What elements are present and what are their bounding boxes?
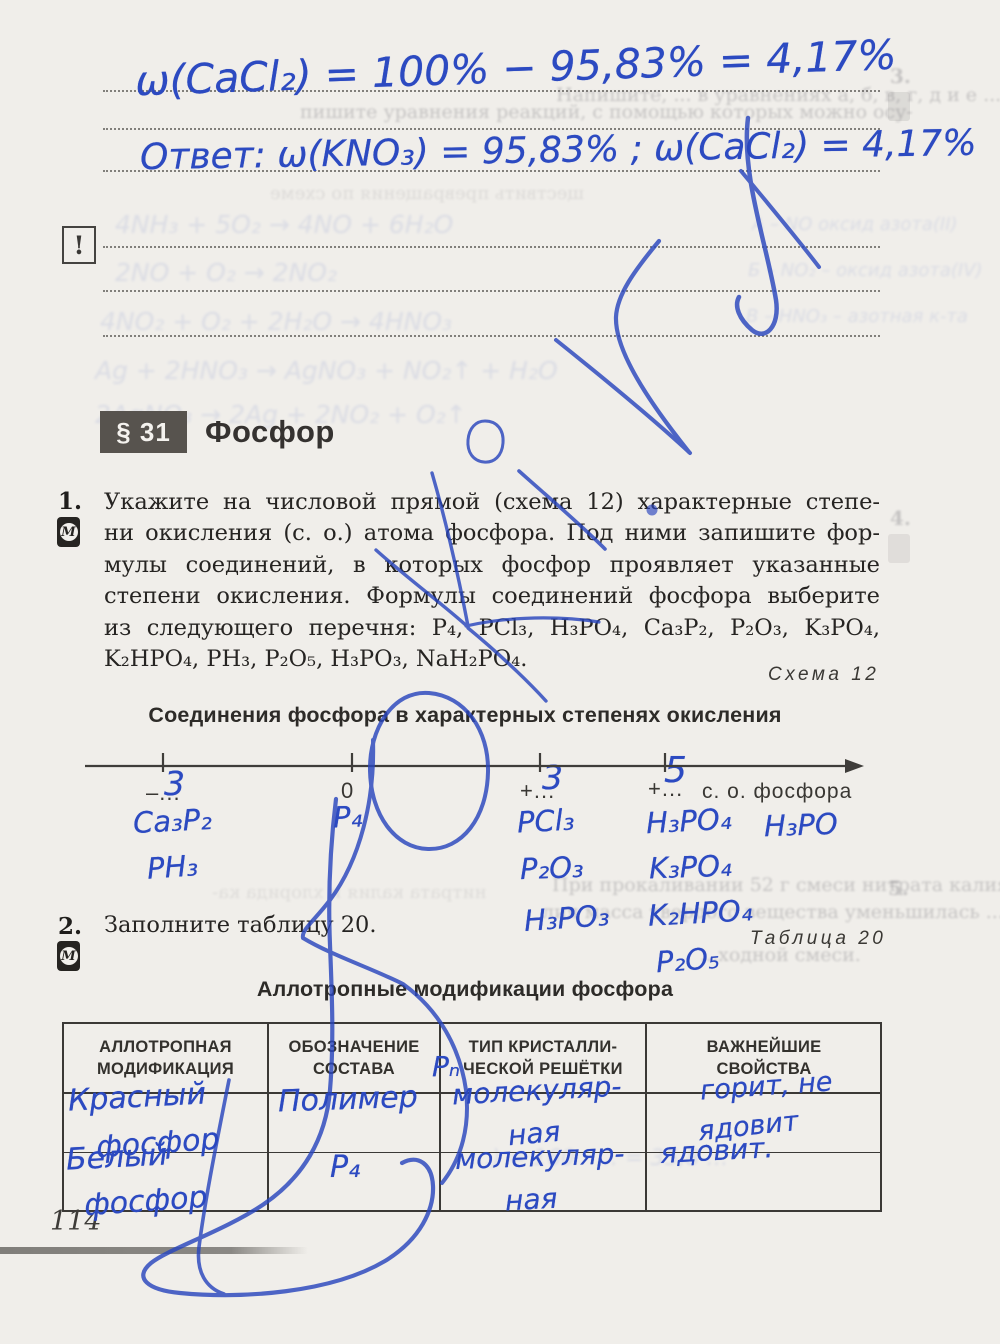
section-title: Фосфор <box>205 414 335 450</box>
handwritten-formula: H₃PO <box>763 807 838 844</box>
ghost-handwriting: Ag + 2HNO₃ → AgNO₃ + NO₂↑ + H₂O <box>95 356 558 385</box>
handwritten-cell-text: фосфор <box>83 1180 209 1224</box>
handwritten-oxidation-digit: 3 <box>542 758 563 797</box>
ghost-print-line-mirrored: ществить превращения по схеме <box>270 183 584 204</box>
task1-text-line: из следующего перечня: P₄, PCl₃, H₃PO₄, … <box>104 613 880 644</box>
task1-text-line: ни окисления (с. о.) атома фосфора. Под … <box>104 518 880 549</box>
number-line-axis <box>85 753 856 772</box>
task1-text-line: Укажите на числовой прямой (схема 12) ха… <box>104 487 880 518</box>
section-number-badge: § 31 <box>100 411 187 453</box>
header-line: АЛЛОТРОПНАЯ <box>99 1036 232 1058</box>
handwritten-formula: Ca₃P₂ <box>132 802 212 840</box>
header-line: ОБОЗНАЧЕНИЕ <box>288 1036 419 1058</box>
ghost-print-line-mirrored: нитрата калия и хлорида ка- <box>212 882 486 903</box>
task1-number: 1. <box>58 488 82 515</box>
ghost-print-line: При прокаливании 52 г смеси нитрата кали… <box>552 874 1000 896</box>
scheme-title: Соединения фосфора в характерных степеня… <box>95 703 835 728</box>
ghost-method-badge <box>888 534 910 563</box>
handwritten-formula: K₃PO₄ <box>648 849 732 886</box>
header-line: МОДИФИКАЦИЯ <box>97 1058 234 1080</box>
handwritten-cell-text: молекуляр- <box>454 1137 625 1176</box>
axis-arrowhead <box>845 759 864 773</box>
workbook-page-scan: Напишите, ... в уравнениях а, б, в, г, д… <box>0 0 1000 1344</box>
task1-text-line: степени окисления. Формулы соединений фо… <box>104 581 880 612</box>
handwritten-formula: PH₃ <box>146 848 199 885</box>
handwritten-cell-text: P₄ <box>330 1150 360 1185</box>
handwritten-cell-text: Белый <box>65 1137 168 1177</box>
handwritten-cell-text: Полимер <box>277 1080 418 1120</box>
ruled-line <box>103 290 880 292</box>
task2-method-badge: М <box>57 941 80 971</box>
ghost-handwriting: 2NO + O₂ → 2NO₂ <box>115 258 337 287</box>
handwritten-cell-text: ная <box>504 1182 558 1218</box>
ghost-handwriting: 4NH₃ + 5O₂ → 4NO + 6H₂O <box>115 210 453 239</box>
handwritten-cell-text: ядовит. <box>659 1131 774 1170</box>
handwritten-oxidation-digit: 3 <box>164 764 185 803</box>
handwritten-formula: P₂O₃ <box>519 850 584 886</box>
handwritten-oxidation-digit: 5 <box>664 750 687 791</box>
ghost-method-badge <box>888 92 910 121</box>
ghost-print-line: лия масса твердого вещества уменьшилась … <box>542 901 1000 923</box>
handwritten-cell-text: Красный <box>67 1076 207 1118</box>
ghost-handwriting: 4NO₂ + O₂ + 2H₂O → 4HNO₃ <box>100 307 452 336</box>
ghost-handwriting: В – HNO₃ – азотная к-та <box>746 306 968 327</box>
task1-method-badge: М <box>57 517 80 547</box>
handwritten-formula: K₂HPO₄ <box>647 893 753 932</box>
axis-title: с. о. фосфора <box>702 780 852 804</box>
handwritten-formula: H₃PO₄ <box>645 802 732 840</box>
ghost-handwriting: А – NO оксид азота(II) <box>752 214 958 235</box>
table-caption: Таблица 20 <box>750 928 886 950</box>
alert-exclamation-box: ! <box>62 226 96 264</box>
scheme-caption: Схема 12 <box>768 664 879 686</box>
handwritten-formula: PCl₃ <box>516 803 575 840</box>
ruled-line <box>103 246 880 248</box>
task2-text: Заполните таблицу 20. <box>104 912 377 938</box>
ghost-handwriting: Б – NO₂ – оксид азота(IV) <box>748 260 983 281</box>
ghost-print-line: пишите уравнения реакций, с помощью кото… <box>300 101 913 123</box>
task1-text-line: K₂HPO₄, PH₃, P₂O₅, H₃PO₃, NaH₂PO₄. <box>104 644 880 675</box>
header-line: СОСТАВА <box>313 1058 395 1080</box>
table-title: Аллотропные модификации фосфора <box>95 977 835 1002</box>
method-icon: М <box>60 523 78 541</box>
page-number-bar <box>0 1247 308 1254</box>
header-line: ВАЖНЕЙШИЕ <box>707 1036 822 1058</box>
header-line: ТИП КРИСТАЛЛИ- <box>469 1036 618 1058</box>
handwritten-formula: P₄ <box>332 800 362 835</box>
task1-text-line: мулы соединений, в которых фосфор проявл… <box>104 550 880 581</box>
ghost-margin-number: 4. <box>890 506 911 530</box>
exclamation-icon: ! <box>74 231 85 260</box>
method-icon: М <box>60 947 78 965</box>
task2-number: 2. <box>58 913 82 940</box>
handwritten-formula: P₂O₅ <box>655 941 721 979</box>
handwritten-formula: H₃PO₃ <box>523 898 611 938</box>
